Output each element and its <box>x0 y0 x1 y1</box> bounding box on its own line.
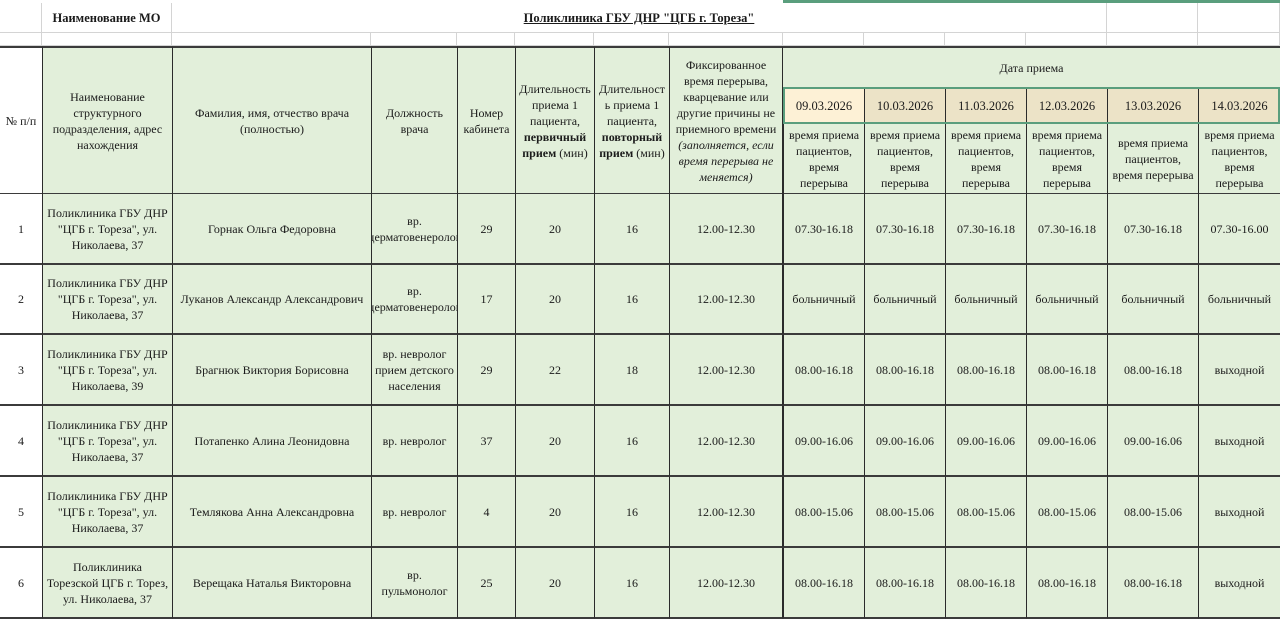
row-day-schedule[interactable]: 08.00-16.18 <box>945 548 1026 619</box>
cell-blank[interactable] <box>0 33 42 46</box>
row-break-time[interactable]: 12.00-12.30 <box>669 335 783 406</box>
row-num[interactable]: 4 <box>0 406 42 477</box>
row-room[interactable]: 29 <box>457 335 515 406</box>
cell-blank[interactable] <box>515 33 594 46</box>
header-date[interactable]: 14.03.2026 <box>1198 88 1280 124</box>
header-break-note: (заполняется, если время перерыва не мен… <box>678 138 774 184</box>
row-day-schedule[interactable]: 08.00-15.06 <box>783 477 864 548</box>
cell-blank[interactable] <box>945 33 1026 46</box>
row-day-schedule[interactable]: 09.00-16.06 <box>1107 406 1198 477</box>
header-primary[interactable]: Длительность приема 1 пациента, первичны… <box>515 46 594 195</box>
row-position[interactable]: вр. невролог прием детского населения <box>371 335 457 406</box>
header-day-sub[interactable]: время приема пациентов, время перерыва <box>1198 124 1280 195</box>
row-day-schedule[interactable]: 09.00-16.06 <box>945 406 1026 477</box>
header-position[interactable]: Должность врача <box>371 46 457 195</box>
row-break-time[interactable]: 12.00-12.30 <box>669 477 783 548</box>
row-doctor-name[interactable]: Потапенко Алина Леонидовна <box>172 406 371 477</box>
cell-blank[interactable] <box>172 33 371 46</box>
row-doctor-name[interactable]: Луканов Александр Александрович <box>172 265 371 335</box>
header-date[interactable]: 10.03.2026 <box>864 88 945 124</box>
cell-blank[interactable] <box>1198 33 1280 46</box>
row-day-schedule[interactable]: 08.00-16.18 <box>864 335 945 406</box>
row-day-schedule[interactable]: выходной <box>1198 335 1280 406</box>
spreadsheet-grid: Наименование МО Поликлиника ГБУ ДНР "ЦГБ… <box>0 0 1280 620</box>
row-num[interactable]: 1 <box>0 194 42 265</box>
header-date[interactable]: 13.03.2026 <box>1107 88 1198 124</box>
row-break-time[interactable]: 12.00-12.30 <box>669 265 783 335</box>
row-day-schedule[interactable]: 08.00-16.18 <box>783 548 864 619</box>
row-day-schedule[interactable]: 09.00-16.06 <box>864 406 945 477</box>
header-date-group[interactable]: Дата приема <box>783 46 1280 88</box>
header-primary-post: (мин) <box>556 146 587 160</box>
row-position[interactable]: вр. невролог <box>371 406 457 477</box>
row-day-schedule[interactable]: больничный <box>1026 265 1107 335</box>
cell-blank[interactable] <box>371 33 457 46</box>
row-day-schedule[interactable]: выходной <box>1198 477 1280 548</box>
row-day-schedule[interactable]: 08.00-15.06 <box>1026 477 1107 548</box>
row-num[interactable]: 6 <box>0 548 42 619</box>
header-day-sub[interactable]: время приема пациентов, время перерыва <box>1026 124 1107 195</box>
header-day-sub[interactable]: время приема пациентов, время перерыва <box>1107 124 1198 195</box>
row-division[interactable]: Поликлиника ГБУ ДНР "ЦГБ г. Тореза", ул.… <box>42 194 172 265</box>
row-doctor-name[interactable]: Брагнюк Виктория Борисовна <box>172 335 371 406</box>
row-day-schedule[interactable]: 08.00-16.18 <box>945 335 1026 406</box>
row-division[interactable]: Поликлиника ГБУ ДНР "ЦГБ г. Тореза", ул.… <box>42 477 172 548</box>
header-date[interactable]: 11.03.2026 <box>945 88 1026 124</box>
row-repeat-duration[interactable]: 18 <box>594 335 669 406</box>
header-day-sub[interactable]: время приема пациентов, время перерыва <box>945 124 1026 195</box>
header-room[interactable]: Номер кабинета <box>457 46 515 195</box>
row-division[interactable]: Поликлиника ГБУ ДНР "ЦГБ г. Тореза", ул.… <box>42 335 172 406</box>
row-num[interactable]: 3 <box>0 335 42 406</box>
header-primary-pre: Длительность приема 1 пациента, <box>519 82 590 128</box>
header-day-sub[interactable]: время приема пациентов, время перерыва <box>783 124 864 195</box>
row-day-schedule[interactable]: 08.00-16.18 <box>1107 548 1198 619</box>
row-day-schedule[interactable]: больничный <box>864 265 945 335</box>
row-doctor-name[interactable]: Верещака Наталья Викторовна <box>172 548 371 619</box>
cell-blank[interactable] <box>594 33 669 46</box>
row-position[interactable]: вр. невролог <box>371 477 457 548</box>
cell-blank[interactable] <box>669 33 783 46</box>
row-day-schedule[interactable]: 07.30-16.18 <box>945 194 1026 265</box>
row-day-schedule[interactable]: больничный <box>1198 265 1280 335</box>
header-break[interactable]: Фиксированное время перерыва, кварцевани… <box>669 46 783 195</box>
row-primary-duration[interactable]: 20 <box>515 265 594 335</box>
row-doctor-name[interactable]: Горнак Ольга Федоровна <box>172 194 371 265</box>
row-doctor-name[interactable]: Темлякова Анна Александровна <box>172 477 371 548</box>
row-day-schedule[interactable]: 07.30-16.18 <box>1026 194 1107 265</box>
header-date[interactable]: 12.03.2026 <box>1026 88 1107 124</box>
row-repeat-duration[interactable]: 16 <box>594 406 669 477</box>
row-day-schedule[interactable]: 07.30-16.18 <box>1107 194 1198 265</box>
row-room[interactable]: 17 <box>457 265 515 335</box>
header-date[interactable]: 09.03.2026 <box>783 88 864 124</box>
header-repeat-post: (мин) <box>633 146 664 160</box>
header-day-sub[interactable]: время приема пациентов, время перерыва <box>864 124 945 195</box>
row-repeat-duration[interactable]: 16 <box>594 477 669 548</box>
row-break-time[interactable]: 12.00-12.30 <box>669 194 783 265</box>
row-primary-duration[interactable]: 20 <box>515 406 594 477</box>
header-break-main: Фиксированное время перерыва, кварцевани… <box>676 58 777 136</box>
row-primary-duration[interactable]: 20 <box>515 194 594 265</box>
row-day-schedule[interactable]: больничный <box>783 265 864 335</box>
row-room[interactable]: 4 <box>457 477 515 548</box>
row-day-schedule[interactable]: 09.00-16.06 <box>783 406 864 477</box>
row-num[interactable]: 2 <box>0 265 42 335</box>
row-room[interactable]: 25 <box>457 548 515 619</box>
row-day-schedule[interactable]: 07.30-16.00 <box>1198 194 1280 265</box>
row-division[interactable]: Поликлиника Торезской ЦГБ г. Торез, ул. … <box>42 548 172 619</box>
row-day-schedule[interactable]: 08.00-16.18 <box>1026 548 1107 619</box>
cell-blank[interactable] <box>42 33 172 46</box>
row-day-schedule[interactable]: 09.00-16.06 <box>1026 406 1107 477</box>
row-position[interactable]: вр. дерматовенеролог <box>371 194 457 265</box>
row-day-schedule[interactable]: 08.00-16.18 <box>864 548 945 619</box>
row-division[interactable]: Поликлиника ГБУ ДНР "ЦГБ г. Тореза", ул.… <box>42 406 172 477</box>
header-division[interactable]: Наименование структурного подразделения,… <box>42 46 172 195</box>
cell-blank[interactable] <box>1198 3 1280 33</box>
row-repeat-duration[interactable]: 16 <box>594 194 669 265</box>
row-day-schedule[interactable]: 08.00-15.06 <box>864 477 945 548</box>
row-repeat-duration[interactable]: 16 <box>594 265 669 335</box>
row-day-schedule[interactable]: 08.00-16.18 <box>783 335 864 406</box>
cell-blank[interactable] <box>457 33 515 46</box>
header-num[interactable]: № п/п <box>0 46 42 195</box>
row-primary-duration[interactable]: 20 <box>515 477 594 548</box>
row-day-schedule[interactable]: больничный <box>1107 265 1198 335</box>
row-repeat-duration[interactable]: 16 <box>594 548 669 619</box>
cell-blank[interactable] <box>1107 33 1198 46</box>
row-num[interactable]: 5 <box>0 477 42 548</box>
row-division[interactable]: Поликлиника ГБУ ДНР "ЦГБ г. Тореза", ул.… <box>42 265 172 335</box>
header-fio[interactable]: Фамилия, имя, отчество врача (полностью) <box>172 46 371 195</box>
cell-blank[interactable] <box>0 3 42 33</box>
row-position[interactable]: вр. дерматовенеролог <box>371 265 457 335</box>
row-room[interactable]: 29 <box>457 194 515 265</box>
row-day-schedule[interactable]: 07.30-16.18 <box>864 194 945 265</box>
row-primary-duration[interactable]: 22 <box>515 335 594 406</box>
row-day-schedule[interactable]: выходной <box>1198 406 1280 477</box>
row-day-schedule[interactable]: 08.00-15.06 <box>1107 477 1198 548</box>
cell-blank[interactable] <box>1107 3 1198 33</box>
row-primary-duration[interactable]: 20 <box>515 548 594 619</box>
row-break-time[interactable]: 12.00-12.30 <box>669 406 783 477</box>
row-day-schedule[interactable]: 07.30-16.18 <box>783 194 864 265</box>
row-day-schedule[interactable]: 08.00-16.18 <box>1107 335 1198 406</box>
cell-blank[interactable] <box>1026 33 1107 46</box>
row-day-schedule[interactable]: выходной <box>1198 548 1280 619</box>
header-repeat-pre: Длительност ь приема 1 пациента, <box>599 82 665 128</box>
org-title[interactable]: Поликлиника ГБУ ДНР "ЦГБ г. Тореза" <box>172 3 1107 33</box>
row-break-time[interactable]: 12.00-12.30 <box>669 548 783 619</box>
header-repeat[interactable]: Длительност ь приема 1 пациента, повторн… <box>594 46 669 195</box>
row-room[interactable]: 37 <box>457 406 515 477</box>
row-position[interactable]: вр. пульмонолог <box>371 548 457 619</box>
mo-label[interactable]: Наименование МО <box>42 3 172 33</box>
cell-blank[interactable] <box>783 33 864 46</box>
row-day-schedule[interactable]: 08.00-16.18 <box>1026 335 1107 406</box>
row-day-schedule[interactable]: 08.00-15.06 <box>945 477 1026 548</box>
row-day-schedule[interactable]: больничный <box>945 265 1026 335</box>
cell-blank[interactable] <box>864 33 945 46</box>
